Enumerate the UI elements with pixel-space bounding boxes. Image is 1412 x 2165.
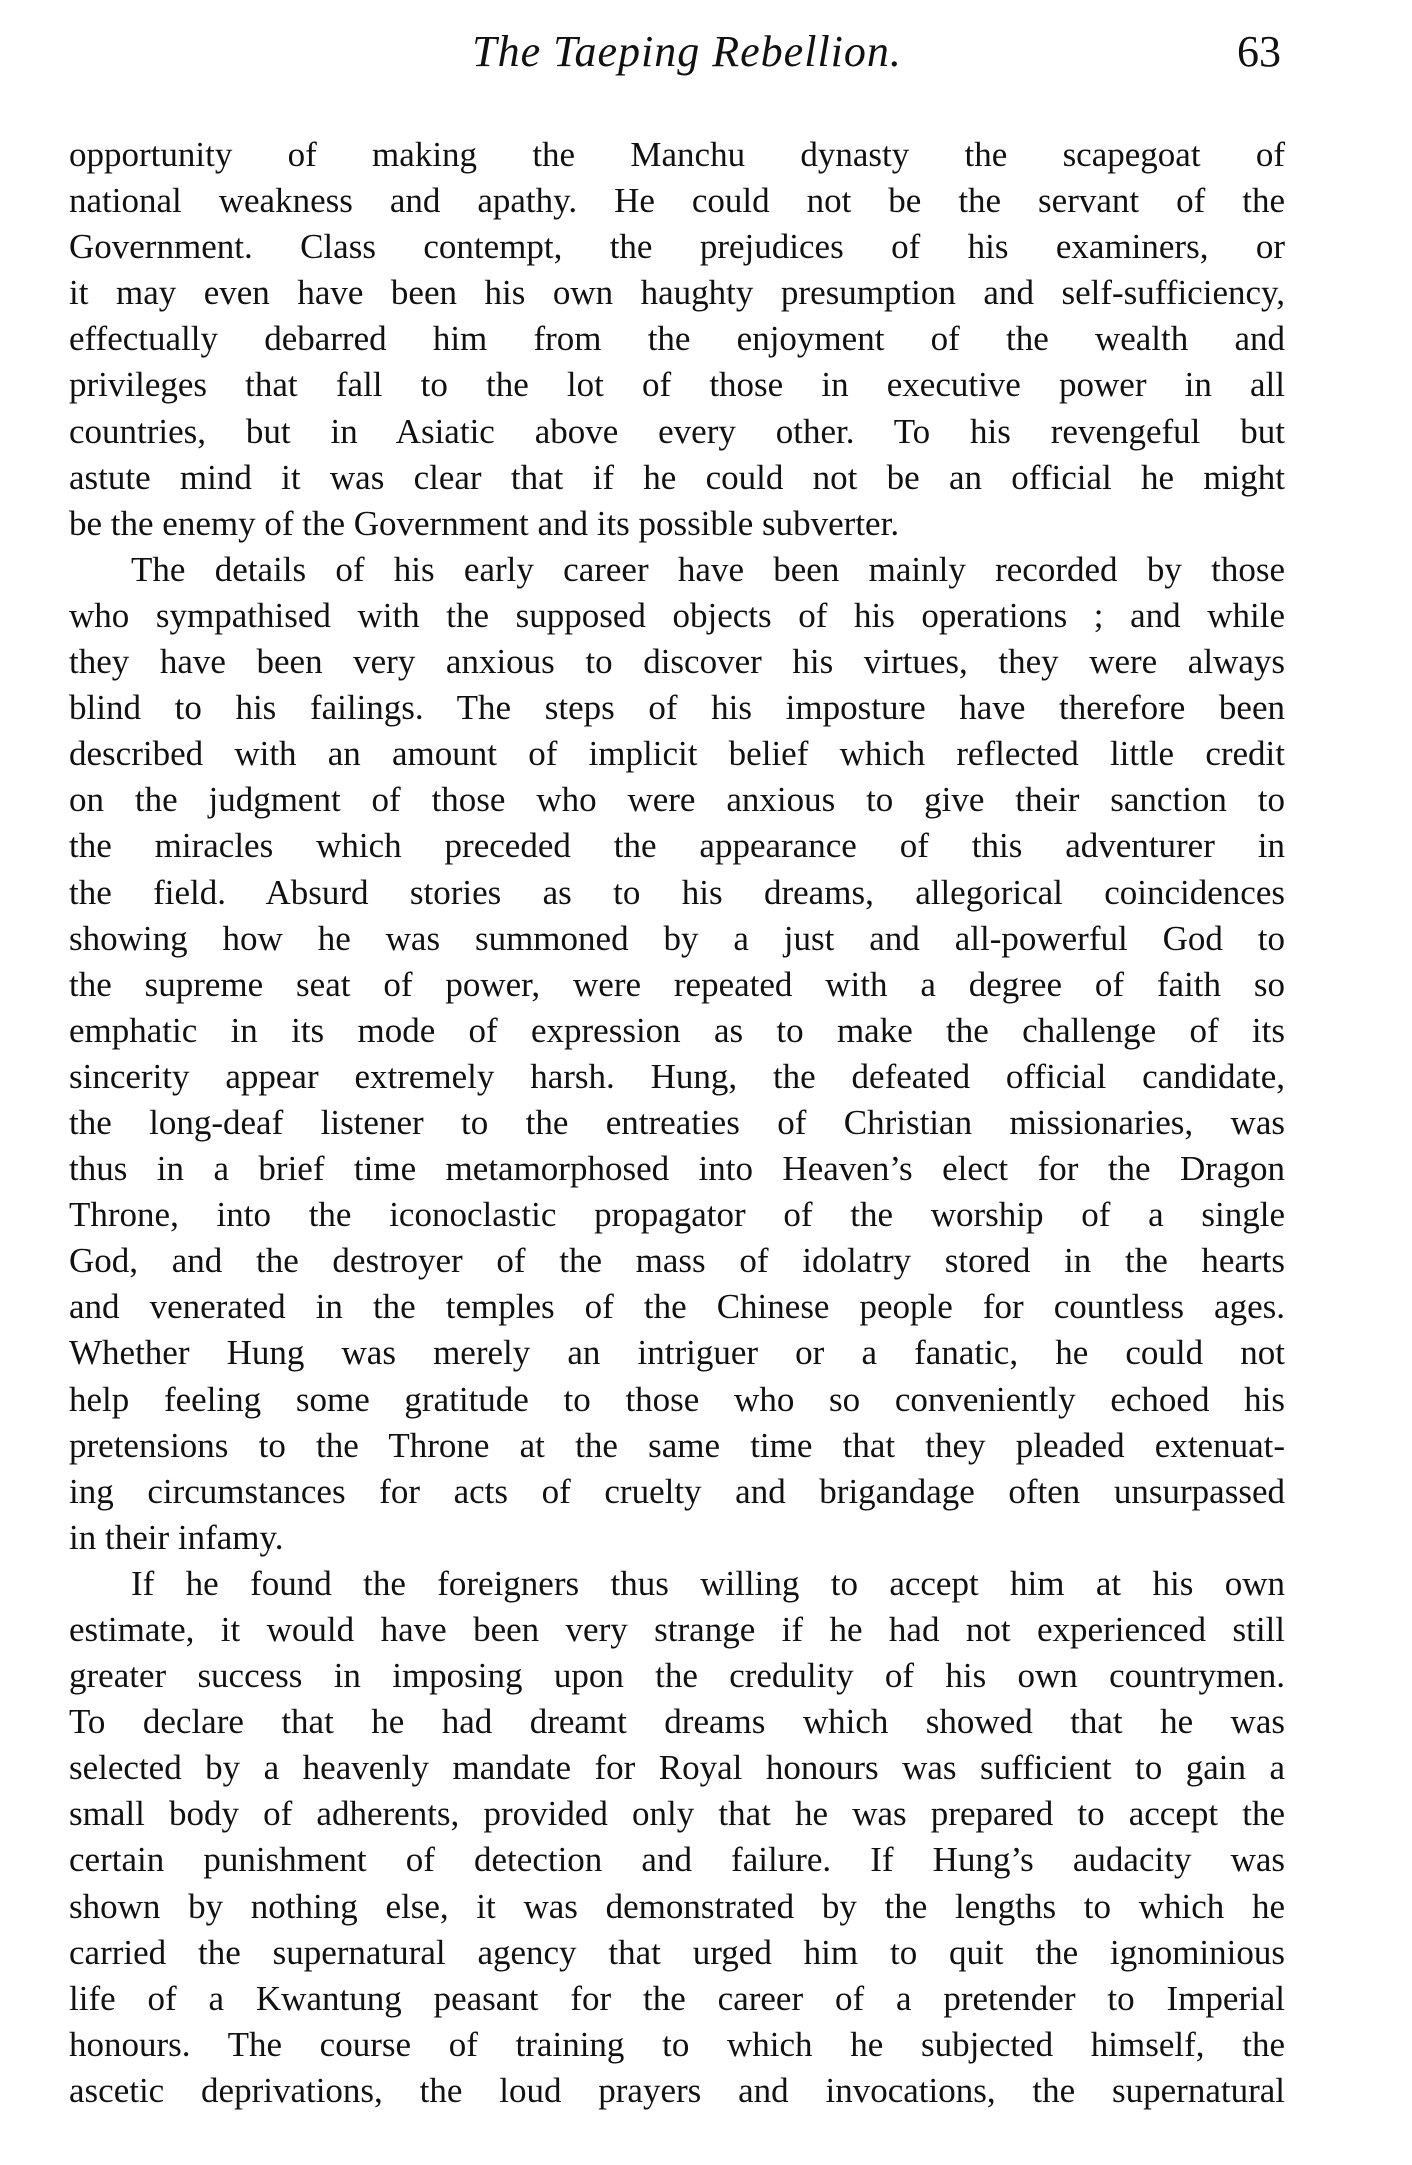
text-line-content: astute mind it was clear that if he coul… [69, 455, 1285, 501]
text-line: the long-deaf listener to the entreaties… [69, 1100, 1285, 1146]
text-line-content: certain punishment of detection and fail… [69, 1837, 1285, 1883]
text-line: To declare that he had dreamt dreams whi… [69, 1699, 1285, 1745]
text-line-content: Throne, into the iconoclastic propagator… [69, 1192, 1285, 1238]
text-line: effectually debarred him from the enjoym… [69, 316, 1285, 362]
text-line-content: Whether Hung was merely an intriguer or … [69, 1330, 1285, 1376]
body-text: opportunity of making the Manchu dynasty… [69, 132, 1285, 2114]
text-line: shown by nothing else, it was demonstrat… [69, 1884, 1285, 1930]
text-line-content: The details of his early career have bee… [131, 547, 1285, 593]
text-line: privileges that fall to the lot of those… [69, 362, 1285, 408]
text-line-content: they have been very anxious to discover … [69, 639, 1285, 685]
text-line-content: life of a Kwantung peasant for the caree… [69, 1976, 1285, 2022]
text-line: small body of adherents, provided only t… [69, 1791, 1285, 1837]
text-line-content: To declare that he had dreamt dreams whi… [69, 1699, 1285, 1745]
text-line-content: privileges that fall to the lot of those… [69, 362, 1285, 408]
running-head: The Taeping Rebellion. 63 [69, 22, 1285, 82]
text-line: who sympathised with the supposed object… [69, 593, 1285, 639]
text-line: national weakness and apathy. He could n… [69, 178, 1285, 224]
text-line-content: selected by a heavenly mandate for Royal… [69, 1745, 1285, 1791]
running-title: The Taeping Rebellion. [69, 22, 1285, 82]
text-line-content: ing circumstances for acts of cruelty an… [69, 1469, 1285, 1515]
text-line-content: who sympathised with the supposed object… [69, 593, 1285, 639]
text-line-content: it may even have been his own haughty pr… [69, 270, 1285, 316]
text-line: on the judgment of those who were anxiou… [69, 777, 1285, 823]
text-line: be the enemy of the Government and its p… [69, 501, 1285, 547]
text-line-content: described with an amount of implicit bel… [69, 731, 1285, 777]
text-line: the supreme seat of power, were repeated… [69, 962, 1285, 1008]
text-line: described with an amount of implicit bel… [69, 731, 1285, 777]
text-line-content: effectually debarred him from the enjoym… [69, 316, 1285, 362]
text-line: Government. Class contempt, the prejudic… [69, 224, 1285, 270]
text-line-content: opportunity of making the Manchu dynasty… [69, 132, 1285, 178]
text-line: carried the supernatural agency that urg… [69, 1930, 1285, 1976]
text-line: If he found the foreigners thus willing … [69, 1561, 1285, 1607]
text-line-content: the long-deaf listener to the entreaties… [69, 1100, 1285, 1146]
text-line: help feeling some gratitude to those who… [69, 1377, 1285, 1423]
text-line-content: estimate, it would have been very strang… [69, 1607, 1285, 1653]
text-line: God, and the destroyer of the mass of id… [69, 1238, 1285, 1284]
text-line: ascetic deprivations, the loud prayers a… [69, 2068, 1285, 2114]
text-line-content: small body of adherents, provided only t… [69, 1791, 1285, 1837]
text-line: honours. The course of training to which… [69, 2022, 1285, 2068]
text-line-content: honours. The course of training to which… [69, 2022, 1285, 2068]
text-line: and venerated in the temples of the Chin… [69, 1284, 1285, 1330]
text-line-content: showing how he was summoned by a just an… [69, 916, 1285, 962]
text-line-content: help feeling some gratitude to those who… [69, 1377, 1285, 1423]
text-line-content: and venerated in the temples of the Chin… [69, 1284, 1285, 1330]
text-line: astute mind it was clear that if he coul… [69, 455, 1285, 501]
text-line: The details of his early career have bee… [69, 547, 1285, 593]
text-line: emphatic in its mode of expression as to… [69, 1008, 1285, 1054]
text-line-content: in their infamy. [69, 1515, 1285, 1561]
text-line-content: carried the supernatural agency that urg… [69, 1930, 1285, 1976]
text-line-content: emphatic in its mode of expression as to… [69, 1008, 1285, 1054]
text-line: showing how he was summoned by a just an… [69, 916, 1285, 962]
text-line: ing circumstances for acts of cruelty an… [69, 1469, 1285, 1515]
text-line: the miracles which preceded the appearan… [69, 823, 1285, 869]
paragraph: opportunity of making the Manchu dynasty… [69, 132, 1285, 547]
page-number: 63 [1237, 22, 1281, 82]
text-line-content: If he found the foreigners thus willing … [131, 1561, 1285, 1607]
text-line: estimate, it would have been very strang… [69, 1607, 1285, 1653]
text-line: selected by a heavenly mandate for Royal… [69, 1745, 1285, 1791]
text-line-content: the miracles which preceded the appearan… [69, 823, 1285, 869]
text-line-content: God, and the destroyer of the mass of id… [69, 1238, 1285, 1284]
text-line: blind to his failings. The steps of his … [69, 685, 1285, 731]
text-line-content: national weakness and apathy. He could n… [69, 178, 1285, 224]
text-line: life of a Kwantung peasant for the caree… [69, 1976, 1285, 2022]
text-line: Throne, into the iconoclastic propagator… [69, 1192, 1285, 1238]
text-line: it may even have been his own haughty pr… [69, 270, 1285, 316]
text-line: opportunity of making the Manchu dynasty… [69, 132, 1285, 178]
text-line-content: on the judgment of those who were anxiou… [69, 777, 1285, 823]
text-line: sincerity appear extremely harsh. Hung, … [69, 1054, 1285, 1100]
text-line-content: shown by nothing else, it was demonstrat… [69, 1884, 1285, 1930]
text-line: countries, but in Asiatic above every ot… [69, 409, 1285, 455]
text-line: the field. Absurd stories as to his drea… [69, 870, 1285, 916]
paragraph: If he found the foreigners thus willing … [69, 1561, 1285, 2114]
text-line-content: countries, but in Asiatic above every ot… [69, 409, 1285, 455]
text-line: greater success in imposing upon the cre… [69, 1653, 1285, 1699]
text-line-content: thus in a brief time metamorphosed into … [69, 1146, 1285, 1192]
text-line-content: blind to his failings. The steps of his … [69, 685, 1285, 731]
text-line: pretensions to the Throne at the same ti… [69, 1423, 1285, 1469]
text-line-content: the supreme seat of power, were repeated… [69, 962, 1285, 1008]
text-line-content: ascetic deprivations, the loud prayers a… [69, 2068, 1285, 2114]
text-line-content: be the enemy of the Government and its p… [69, 501, 1285, 547]
text-line: thus in a brief time metamorphosed into … [69, 1146, 1285, 1192]
text-line-content: greater success in imposing upon the cre… [69, 1653, 1285, 1699]
text-line: Whether Hung was merely an intriguer or … [69, 1330, 1285, 1376]
text-line: certain punishment of detection and fail… [69, 1837, 1285, 1883]
text-line-content: the field. Absurd stories as to his drea… [69, 870, 1285, 916]
text-line: in their infamy. [69, 1515, 1285, 1561]
text-line-content: Government. Class contempt, the prejudic… [69, 224, 1285, 270]
text-line-content: pretensions to the Throne at the same ti… [69, 1423, 1285, 1469]
text-line: they have been very anxious to discover … [69, 639, 1285, 685]
text-line-content: sincerity appear extremely harsh. Hung, … [69, 1054, 1285, 1100]
paragraph: The details of his early career have bee… [69, 547, 1285, 1561]
